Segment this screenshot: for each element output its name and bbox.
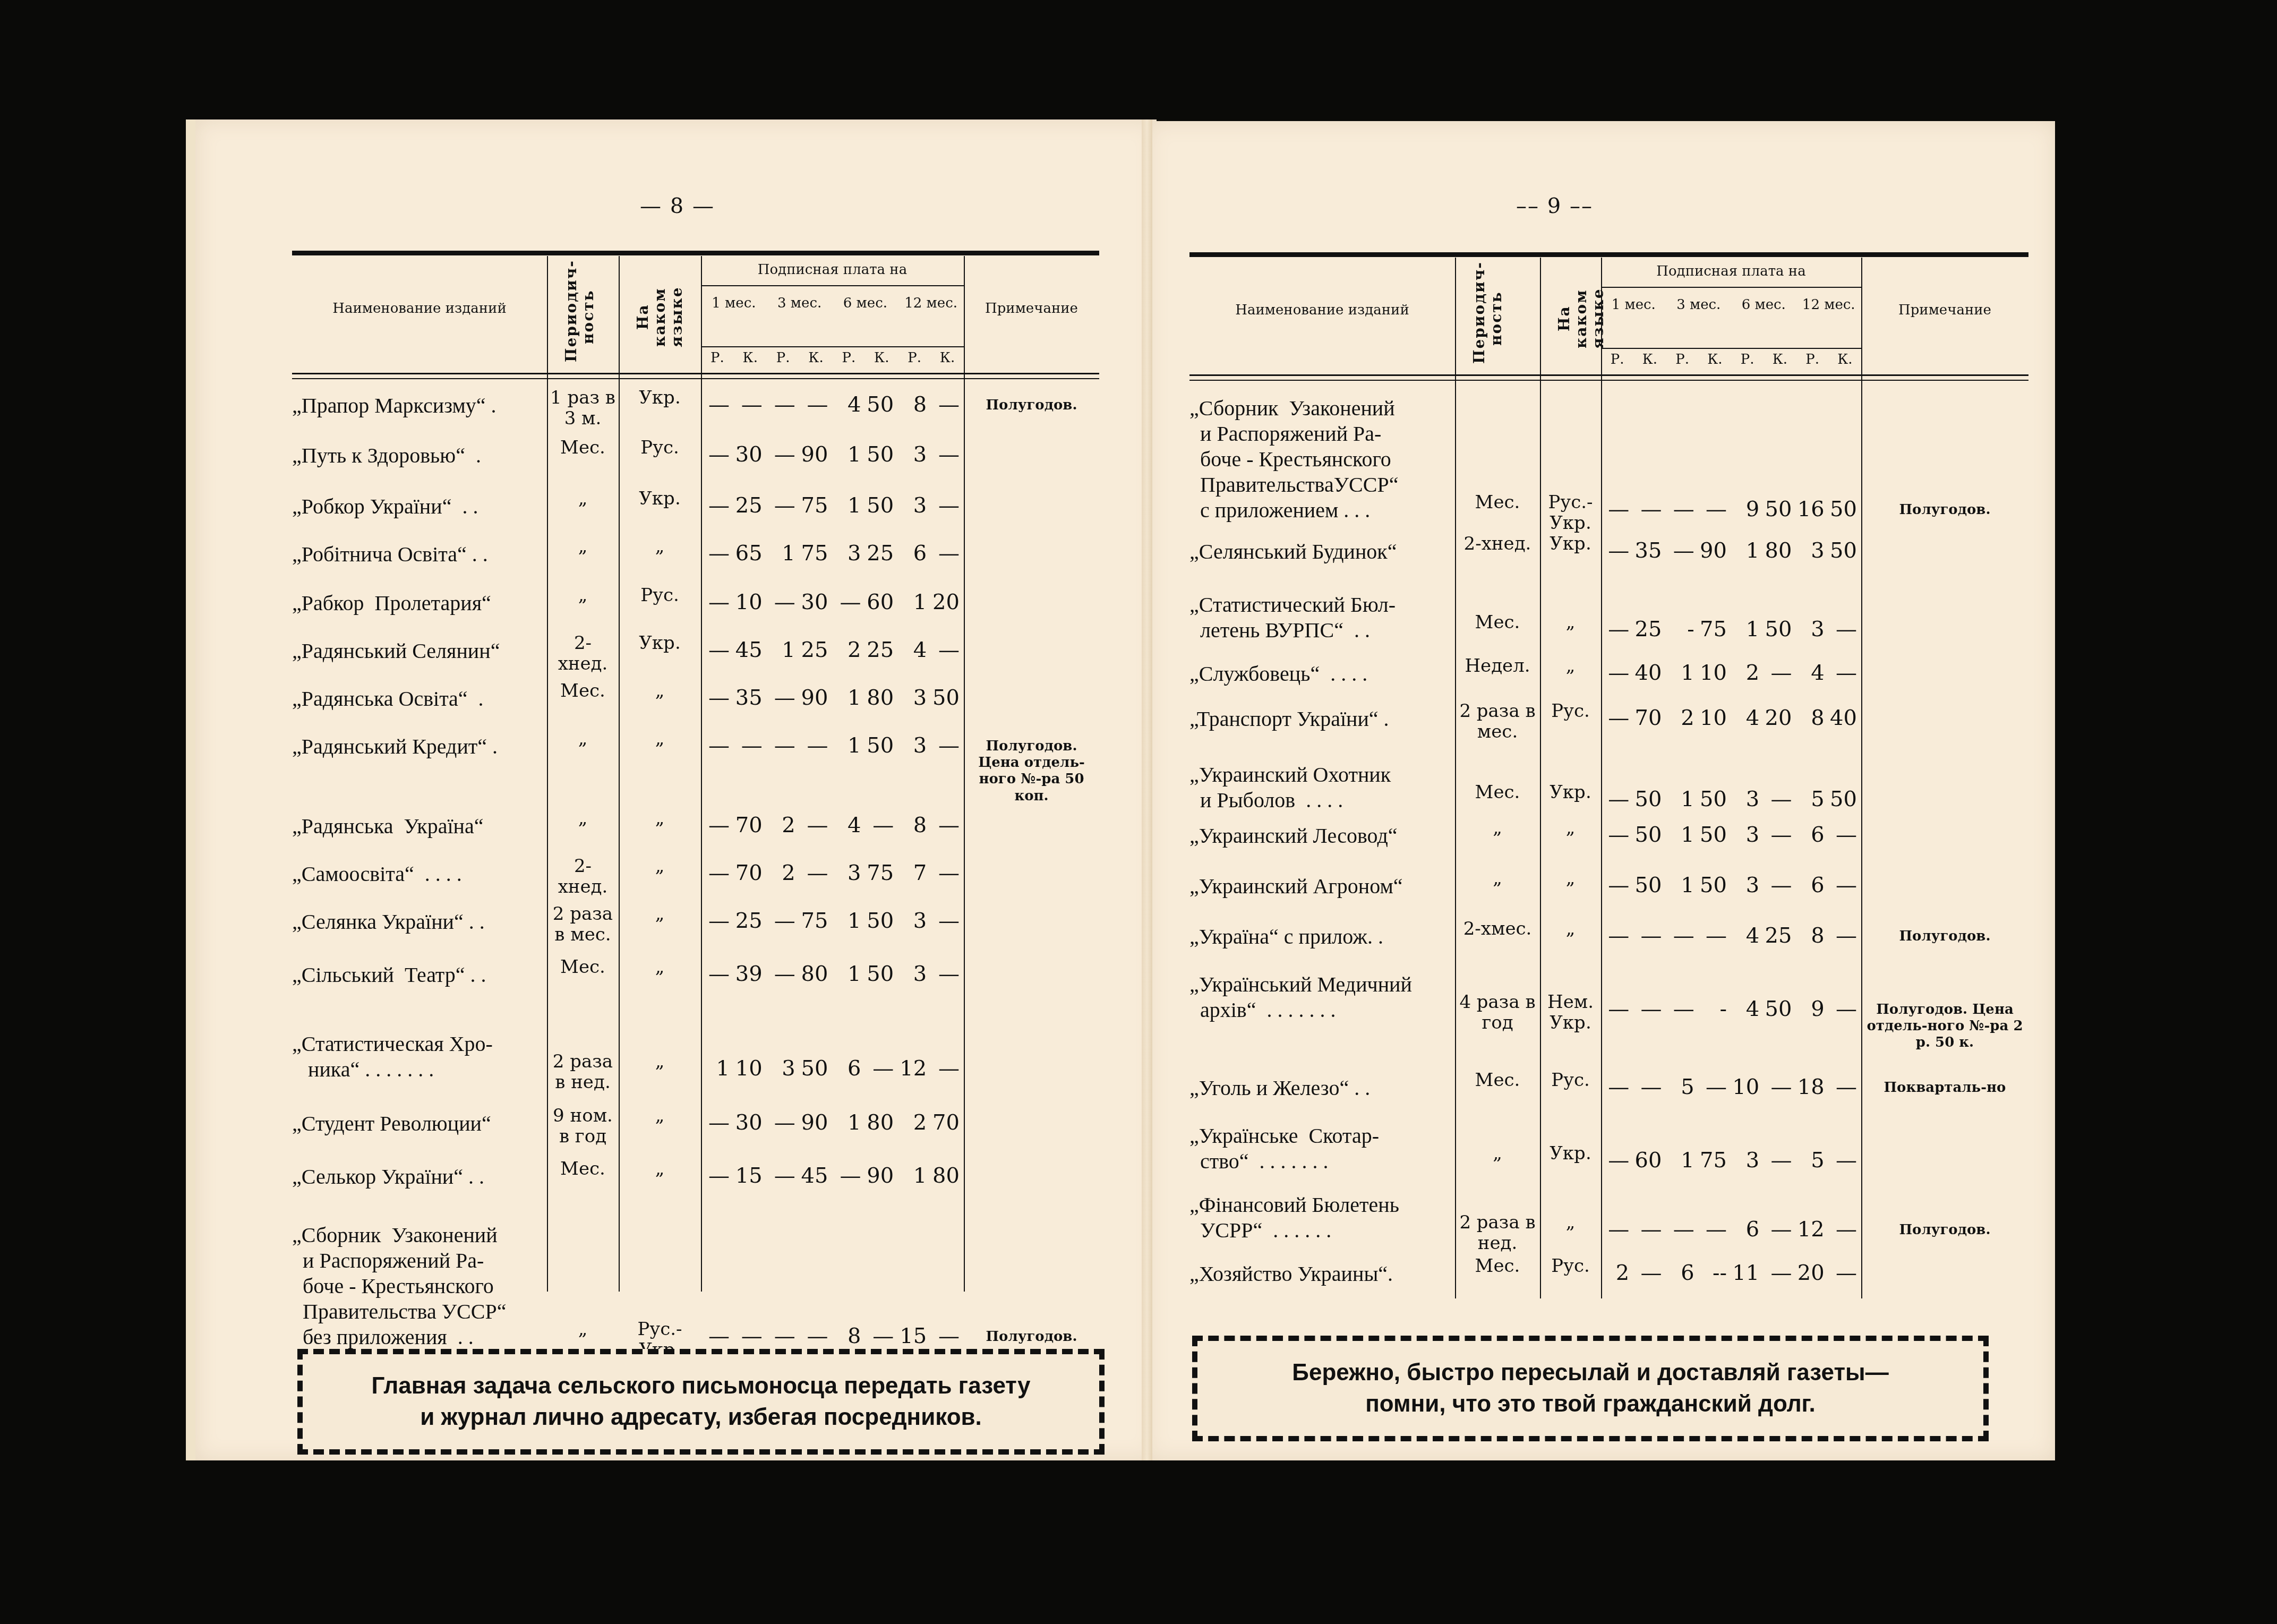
header-bottom-rule — [292, 373, 1099, 374]
price-cell: 2 — [1601, 1261, 1629, 1285]
header-period-2: 6 мес. — [1731, 297, 1796, 313]
price-cell: 70 — [734, 861, 763, 885]
price-cell: — — [701, 734, 730, 758]
publication-name: „Прапор Марксизму“ . — [292, 393, 543, 418]
price-cell: 10 — [1699, 661, 1727, 685]
price-cell: — — [1633, 997, 1662, 1021]
price-cell: 3 — [833, 542, 861, 566]
price-cell: 4 — [833, 814, 861, 837]
price-cell: — — [931, 734, 960, 758]
price-cell: 3 — [898, 734, 927, 758]
price-cell: 30 — [800, 591, 828, 614]
periodicity: 2-хнед. — [550, 856, 615, 898]
price-cell: 1 — [1731, 618, 1759, 642]
language: Рус. — [622, 585, 698, 606]
header-period-3: 12 мес. — [1796, 297, 1862, 313]
price-cell: 18 — [1796, 1075, 1825, 1099]
publication-name: „Статистический Бюл- летень ВУРПС“ . . — [1189, 592, 1451, 643]
price-cell: — — [931, 393, 960, 417]
price-cell: 11 — [1731, 1261, 1759, 1285]
price-cell: — — [833, 591, 861, 614]
price-cell: — — [701, 909, 730, 933]
price-cell: — — [767, 1111, 795, 1135]
price-cell: — — [1764, 1218, 1792, 1242]
price-cell: — — [1764, 874, 1792, 898]
language: „ — [622, 1106, 698, 1126]
price-cell: — — [734, 1324, 763, 1348]
language: Рус. — [1543, 1256, 1598, 1277]
table-top-rule — [292, 251, 1099, 255]
periodicity: 4 раза в год — [1458, 992, 1537, 1033]
publication-name: „Радянський Кредит“ . — [292, 734, 543, 759]
price-cell: 25 — [1764, 924, 1792, 948]
price-cell: — — [1601, 997, 1629, 1021]
price-cell: 2 — [1666, 706, 1694, 730]
header-rub: Р. — [833, 351, 866, 366]
price-cell: 16 — [1796, 498, 1825, 522]
price-cell: 2 — [898, 1111, 927, 1135]
publication-name: „Радянський Селянин“ — [292, 638, 543, 664]
rk-rule — [1601, 348, 1861, 349]
price-cell: 1 — [701, 1057, 730, 1081]
language: Рус. — [1543, 701, 1598, 722]
column-divider — [1540, 258, 1541, 1298]
periodicity: „ — [550, 489, 615, 509]
header-period-1: 3 мес. — [1666, 297, 1732, 313]
price-cell: — — [767, 686, 795, 710]
price-cell: 12 — [898, 1057, 927, 1081]
price-cell: — — [1666, 997, 1694, 1021]
periodicity: 9 ном. в год — [550, 1106, 615, 1147]
price-cell: — — [767, 494, 795, 518]
column-divider — [547, 256, 548, 1292]
price-cell: — — [701, 861, 730, 885]
language: „ — [1543, 612, 1598, 633]
price-cell: — — [865, 1057, 894, 1081]
price-cell: 75 — [800, 494, 828, 518]
column-divider — [1455, 258, 1456, 1298]
header-language: На каком языке — [635, 272, 686, 362]
price-cell: — — [1829, 823, 1857, 847]
price-cell: 8 — [898, 814, 927, 837]
language: Рус. — [1543, 1070, 1598, 1091]
price-cell: 80 — [865, 1111, 894, 1135]
price-cell: 3 — [898, 443, 927, 467]
price-cell: — — [931, 542, 960, 566]
price-cell: 25 — [865, 638, 894, 662]
price-cell: — — [701, 962, 730, 986]
header-period-2: 6 мес. — [833, 296, 898, 312]
price-cell: 2 — [833, 638, 861, 662]
price-cell: 50 — [865, 494, 894, 518]
language: „ — [622, 681, 698, 702]
price-cell: 8 — [1796, 924, 1825, 948]
language: Укр. — [1543, 1143, 1598, 1164]
periodicity: Мес. — [1458, 612, 1537, 633]
price-cell: 25 — [865, 542, 894, 566]
price-cell: 5 — [1796, 788, 1825, 811]
banner-left: Главная задача сельского письмоносца пер… — [297, 1349, 1105, 1455]
price-cell: 10 — [734, 591, 763, 614]
price-cell: 2 — [767, 861, 795, 885]
periodicity: „ — [1458, 1143, 1537, 1164]
price-cell: 60 — [1633, 1149, 1662, 1173]
price-cell: 90 — [800, 1111, 828, 1135]
price-cell: 15 — [898, 1324, 927, 1348]
price-cell: — — [931, 494, 960, 518]
publication-name: „Службовець“ . . . . — [1189, 661, 1451, 687]
price-cell: 50 — [931, 686, 960, 710]
price-cell: — — [931, 814, 960, 837]
price-cell: — — [1633, 924, 1662, 948]
publication-name: „Путь к Здоровью“ . — [292, 443, 543, 468]
price-cell: — — [1699, 498, 1727, 522]
price-cell: 80 — [800, 962, 828, 986]
periodicity: 2 раза в нед. — [550, 1052, 615, 1093]
price-cell: — — [734, 393, 763, 417]
price-cell: 65 — [734, 542, 763, 566]
note: Полугодов. — [969, 1329, 1094, 1345]
price-cell: 50 — [1633, 874, 1662, 898]
price-cell: 20 — [1796, 1261, 1825, 1285]
page-number-left: — 8 — — [640, 194, 715, 218]
price-cell: 50 — [865, 962, 894, 986]
publication-name: „Український Медичний архів“ . . . . . .… — [1189, 972, 1451, 1023]
price-cell: 50 — [1829, 498, 1857, 522]
header-name: Наименование изданий — [1189, 303, 1455, 319]
periodicity: Недел. — [1458, 656, 1537, 677]
periodicity: „ — [550, 536, 615, 557]
price-cell: 10 — [1699, 706, 1727, 730]
publication-name: „Уголь и Железо“ . . — [1189, 1075, 1451, 1101]
price-cell: 50 — [1699, 874, 1727, 898]
price-cell: 25 — [1633, 618, 1662, 642]
periodicity: 1 раз в 3 м. — [550, 388, 615, 429]
price-cell: — — [701, 814, 730, 837]
banner-right-line1: Бережно, быстро пересылай и доставляй га… — [1208, 1357, 1973, 1388]
price-cell: — — [701, 443, 730, 467]
price-cell: — — [1764, 823, 1792, 847]
price-cell: — — [1829, 618, 1857, 642]
price-cell: — — [767, 962, 795, 986]
header-rub: Р. — [767, 351, 800, 366]
language: Укр. — [622, 489, 698, 509]
language: Нем. Укр. — [1543, 992, 1598, 1033]
price-cell: — — [1601, 788, 1629, 811]
price-cell: 40 — [1829, 706, 1857, 730]
price-cell: — — [931, 1324, 960, 1348]
price-cell: 8 — [1796, 706, 1825, 730]
publication-name: „Сільський Театр“ . . — [292, 962, 543, 988]
price-cell: 90 — [800, 443, 828, 467]
header-rub: Р. — [1731, 352, 1764, 368]
price-cell: 2 — [1731, 661, 1759, 685]
price-cell: — — [1829, 1261, 1857, 1285]
price-cell: 70 — [1633, 706, 1662, 730]
price-cell: 75 — [800, 542, 828, 566]
price-cell: 25 — [734, 909, 763, 933]
price-cell: 1 — [1666, 823, 1694, 847]
price-cell: 6 — [898, 542, 927, 566]
price-cell: 50 — [1764, 618, 1792, 642]
price-cell: — — [701, 1324, 730, 1348]
price-cell: — — [800, 861, 828, 885]
price-cell: 1 — [1666, 788, 1694, 811]
language: „ — [622, 856, 698, 877]
price-cell: 50 — [865, 909, 894, 933]
price-cell: — — [931, 638, 960, 662]
periodicity: „ — [550, 1319, 615, 1340]
header-periodicity: Периодич-ность — [1471, 273, 1505, 364]
periodicity: 2 раза в мес. — [550, 904, 615, 945]
price-cell: 1 — [833, 1111, 861, 1135]
publication-name: „Самоосвіта“ . . . . — [292, 861, 543, 887]
price-cell: 4 — [898, 638, 927, 662]
publication-name: „Фінансовий Бюлетень УСРР“ . . . . . . — [1189, 1192, 1451, 1243]
price-cell: — — [1829, 1218, 1857, 1242]
subscription-table-right: Наименование изданийПериодич-ностьНа как… — [1189, 252, 2028, 1314]
publication-name: „Селькор України“ . . — [292, 1164, 543, 1190]
language: „ — [622, 904, 698, 925]
header-periodicity: Периодич-ность — [563, 272, 597, 362]
price-cell: 50 — [800, 1057, 828, 1081]
note: Поквар­таль-но — [1867, 1080, 2023, 1096]
price-cell: 1 — [1666, 874, 1694, 898]
price-cell: 1 — [833, 443, 861, 467]
price-cell: 45 — [800, 1164, 828, 1188]
price-cell: — — [1601, 823, 1629, 847]
price-cell: 3 — [767, 1057, 795, 1081]
price-cell: 50 — [1633, 788, 1662, 811]
price-cell: — — [1633, 1218, 1662, 1242]
note: Полугодов. Цена отдель-ного №-ра 50 коп. — [969, 738, 1094, 805]
header-kop: К. — [734, 351, 767, 366]
publication-name: „Статистическая Хро- ника“ . . . . . . . — [292, 1031, 543, 1082]
price-cell: — — [1829, 997, 1857, 1021]
periodicity: 2 раза в нед. — [1458, 1212, 1537, 1254]
language: „ — [1543, 919, 1598, 939]
price-cell: — — [1601, 1075, 1629, 1099]
periodicity: „ — [550, 729, 615, 749]
book-gutter — [1142, 119, 1152, 1460]
price-cell: 1 — [1731, 539, 1759, 563]
header-kop: К. — [931, 351, 964, 366]
price-cell: — — [1699, 1218, 1727, 1242]
price-cell: 9 — [1796, 997, 1825, 1021]
publication-name: „Рабкор Пролетария“ — [292, 591, 543, 616]
price-cell: 30 — [734, 1111, 763, 1135]
price-cell: — — [767, 1324, 795, 1348]
periodicity: Мес. — [550, 957, 615, 978]
note: Полугодов. — [1867, 502, 2023, 518]
periodicity: 2-хнед. — [1458, 534, 1537, 554]
price-cell: — — [701, 591, 730, 614]
table-top-rule — [1189, 252, 2028, 257]
price-cell: — — [1601, 706, 1629, 730]
language: Укр. — [622, 633, 698, 654]
price-cell: — — [931, 962, 960, 986]
price-cell: 75 — [800, 909, 828, 933]
price-cell: 3 — [898, 909, 927, 933]
banner-right: Бережно, быстро пересылай и доставляй га… — [1192, 1336, 1989, 1441]
note: Полугодов. Цена отдель-ного №-ра 2 р. 50… — [1867, 1002, 2023, 1052]
header-rub: Р. — [1666, 352, 1699, 368]
language: Укр. — [1543, 534, 1598, 554]
price-cell: — — [1764, 661, 1792, 685]
periodicity: Мес. — [1458, 782, 1537, 803]
header-language: На каком языке — [1556, 273, 1607, 364]
header-rub: Р. — [898, 351, 931, 366]
price-cell: — — [701, 638, 730, 662]
header-period-0: 1 мес. — [1601, 297, 1666, 313]
price-cell: 75 — [1699, 1149, 1727, 1173]
price-cell: 7 — [898, 861, 927, 885]
price-cell: 8 — [833, 1324, 861, 1348]
language: „ — [622, 1052, 698, 1072]
price-cell: 70 — [734, 814, 763, 837]
publication-name: „Украинский Агроном“ — [1189, 874, 1451, 899]
price-cell: 50 — [1699, 823, 1727, 847]
price-cell: — — [1829, 661, 1857, 685]
publication-name: „Україна“ с прилож. . — [1189, 924, 1451, 950]
price-cell: 3 — [1731, 823, 1759, 847]
header-kop: К. — [865, 351, 898, 366]
publication-name: „Хозяйство Украины“. — [1189, 1261, 1451, 1287]
publication-name: „Робкор України“ . . — [292, 494, 543, 519]
price-cell: 80 — [1764, 539, 1792, 563]
price-cell: 4 — [833, 393, 861, 417]
periodicity: Мес. — [550, 681, 615, 702]
header-kop: К. — [1829, 352, 1861, 368]
header-price-group: Подписная плата на — [1601, 264, 1861, 280]
price-cell: — — [931, 443, 960, 467]
price-cell: 80 — [865, 686, 894, 710]
publication-name: „Радянська Україна“ — [292, 814, 543, 839]
price-cell: 1 — [1666, 661, 1694, 685]
price-cell: 1 — [898, 1164, 927, 1188]
price-cell: 1 — [1666, 1149, 1694, 1173]
price-cell: — — [1633, 498, 1662, 522]
periodicity: Мес. — [550, 438, 615, 458]
price-cell: 3 — [1731, 1149, 1759, 1173]
price-cell: — — [1666, 1218, 1694, 1242]
note: Полугодов. — [1867, 1222, 2023, 1238]
price-cell: 90 — [1699, 539, 1727, 563]
price-cell: 4 — [1796, 661, 1825, 685]
price-cell: — — [1666, 539, 1694, 563]
price-cell: 50 — [865, 443, 894, 467]
price-cell: 75 — [1699, 618, 1727, 642]
price-cell: 50 — [1699, 788, 1727, 811]
price-cell: 1 — [833, 909, 861, 933]
price-cell: 3 — [898, 494, 927, 518]
price-cell: — — [1764, 788, 1792, 811]
price-cell: 4 — [1731, 924, 1759, 948]
publication-name: „Робітнича Освіта“ . . — [292, 542, 543, 567]
publication-name: „Українське Скотар- ство“ . . . . . . . — [1189, 1123, 1451, 1174]
price-cell: 80 — [931, 1164, 960, 1188]
header-kop: К. — [1633, 352, 1666, 368]
price-cell: - — [1666, 618, 1694, 642]
periodicity: 2-хнед. — [550, 633, 615, 674]
rk-rule — [701, 346, 964, 347]
column-divider — [1861, 258, 1862, 1298]
price-cell: — — [1601, 924, 1629, 948]
publication-name: „Селянський Будинок“ — [1189, 539, 1451, 565]
periodicity: 2-хмес. — [1458, 919, 1537, 939]
price-cell: — — [767, 909, 795, 933]
header-kop: К. — [800, 351, 833, 366]
price-cell: 75 — [865, 861, 894, 885]
price-cell: — — [1829, 1149, 1857, 1173]
price-cell: 5 — [1796, 1149, 1825, 1173]
language: „ — [622, 808, 698, 829]
header-rub: Р. — [701, 351, 734, 366]
price-cell: 39 — [734, 962, 763, 986]
language: „ — [622, 536, 698, 557]
price-cell: — — [1601, 1149, 1629, 1173]
periodicity: Мес. — [550, 1159, 615, 1179]
publication-name: „Украинский Лесовод“ — [1189, 823, 1451, 849]
price-cell: 35 — [1633, 539, 1662, 563]
price-cell: -- — [1699, 1261, 1727, 1285]
column-divider — [964, 256, 965, 1292]
publication-name: „Транспорт України“ . — [1189, 706, 1451, 732]
subscription-table-left: Наименование изданийПериодич-ностьНа как… — [292, 251, 1099, 1313]
price-cell: — — [865, 814, 894, 837]
price-cell: 1 — [833, 686, 861, 710]
periodicity: Мес. — [1458, 1070, 1537, 1091]
language: „ — [1543, 656, 1598, 677]
price-cell: 3 — [898, 686, 927, 710]
price-cell: 2 — [767, 814, 795, 837]
price-cell: - — [1699, 997, 1727, 1021]
price-cell: 6 — [1796, 874, 1825, 898]
price-cell: 25 — [734, 494, 763, 518]
price-cell: — — [701, 1164, 730, 1188]
publication-name: „Сборник Узаконений и Распоряжений Ра- б… — [1189, 396, 1451, 523]
publication-name: „Украинский Охотник и Рыболов . . . . — [1189, 762, 1451, 813]
price-cell: — — [1601, 874, 1629, 898]
price-cell: 90 — [865, 1164, 894, 1188]
price-cell: — — [701, 686, 730, 710]
price-cell: — — [1666, 924, 1694, 948]
price-cell: 30 — [734, 443, 763, 467]
banner-left-line1: Главная задача сельского письмоносца пер… — [313, 1370, 1089, 1401]
price-cell: — — [1764, 1075, 1792, 1099]
publication-name: „Селянка України“ . . — [292, 909, 543, 935]
price-cell: — — [865, 1324, 894, 1348]
language: „ — [1543, 818, 1598, 839]
price-cell: 20 — [1764, 706, 1792, 730]
price-cell: 4 — [1731, 706, 1759, 730]
price-cell: — — [1829, 874, 1857, 898]
price-cell: 40 — [1633, 661, 1662, 685]
header-rub: Р. — [1796, 352, 1829, 368]
price-cell: — — [1601, 539, 1629, 563]
price-cell: — — [1764, 1261, 1792, 1285]
header-rub: Р. — [1601, 352, 1633, 368]
note: Полугодов. — [969, 397, 1094, 414]
price-cell: — — [1633, 1261, 1662, 1285]
language: Укр. — [622, 388, 698, 408]
column-divider — [619, 256, 620, 1292]
language: „ — [1543, 868, 1598, 889]
price-cell: 15 — [734, 1164, 763, 1188]
price-cell: 70 — [931, 1111, 960, 1135]
price-cell: 45 — [734, 638, 763, 662]
language: Рус.-Укр. — [1543, 492, 1598, 534]
